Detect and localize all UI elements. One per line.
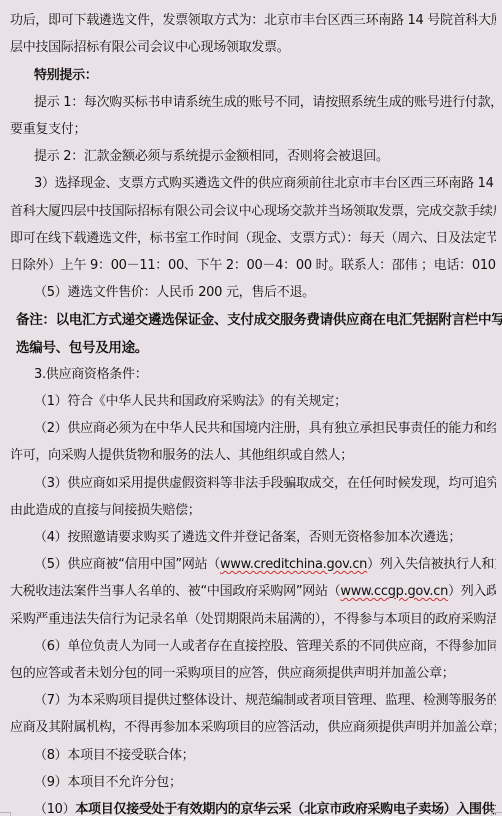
qualification-5: （5）供应商被“信用中国”网站（www.creditchina.gov.cn）列… (34, 556, 496, 574)
qualification-8: （8）本项目不接受联合体； (34, 747, 496, 765)
paragraph-line: 首科大厦四层中技国际招标有限公司会议中心现场交款并当场领取发票，完成交款手续后， (10, 203, 496, 221)
tip-2: 提示 2：汇款金额必须与系统提示金额相同，否则将会被退回。 (34, 148, 496, 166)
qualification-7: （7）为本采购项目提供过整体设计、规范编制或者项目管理、监理、检测等服务的供 (34, 692, 496, 710)
text: ）列入失信被执行人和重 (367, 557, 496, 572)
qualification-4: （4）按照邀请要求购买了遴选文件并登记备案，否则无资格参加本次遴选； (34, 529, 496, 547)
tip-1: 提示 1：每次购买标书申请系统生成的账号不同，请按照系统生成的账号进行付款，不 (34, 94, 496, 112)
paragraph-line: 采购严重违法失信行为记录名单（处罚期限尚未届满的），不得参与本项目的政府采购活动… (10, 611, 496, 629)
paragraph-line: 大税收违法案件当事人名单的、被“中国政府采购网”网站（www.ccgp.gov.… (10, 583, 496, 601)
paragraph-line: 包的应答或者未划分包的同一采购项目的应答，供应商须提供声明并加盖公章； (10, 665, 496, 683)
qualification-2: （2）供应商必须为在中华人民共和国境内注册，具有独立承担民事责任的能力和经营 (34, 420, 496, 438)
special-notice-heading: 特别提示： (34, 67, 496, 85)
qualification-6: （6）单位负责人为同一人或者存在直接控股、管理关系的不同供应商，不得参加同一 (34, 638, 496, 656)
remark-note: 选编号、包号及用途。 (16, 339, 502, 357)
bold-text: 本项目仅接受处于有效期内的京华云采（北京市政府采购电子卖场）入围供货 (75, 802, 496, 816)
text: （10） (34, 802, 75, 816)
paragraph-line: 功后，即可下载遴选文件，发票领取方式为：北京市丰台区西三环南路 14 号院首科大… (10, 12, 496, 30)
qualification-3: （3）供应商如采用提供虚假资料等非法手段骗取成交，在任何时候发现，均可追究其 (34, 475, 496, 493)
paragraph-line: 由此造成的直接与间接损失赔偿； (10, 502, 496, 520)
qualification-10: （10）本项目仅接受处于有效期内的京华云采（北京市政府采购电子卖场）入围供货 (34, 801, 496, 816)
qualification-9: （9）本项目不允许分包； (34, 774, 496, 792)
remark-note: 备注：以电汇方式递交遴选保证金、支付成交服务费请供应商在电汇凭据附言栏中写明遴 (16, 311, 502, 329)
document-price: （5）遴选文件售价：人民币 200 元，售后不退。 (34, 284, 496, 302)
contact-info: 日除外）上午 9：00－11：00、下午 2：00－4：00 时。联系人：邵伟 … (10, 257, 496, 275)
qualification-1: （1）符合《中华人民共和国政府采购法》的有关规定； (34, 393, 496, 411)
creditchina-link[interactable]: www.creditchina.gov.cn (220, 557, 367, 572)
paragraph-line: 应商及其附属机构，不得再参加本采购项目的应答活动，供应商须提供声明并加盖公章； (10, 719, 496, 737)
page-corner-mark (0, 812, 11, 816)
paragraph-line: 层中技国际招标有限公司会议中心现场领取发票。 (10, 39, 496, 57)
page-corner-mark (491, 812, 502, 816)
paragraph-line: 许可，向采购人提供货物和服务的法人、其他组织或自然人； (10, 447, 496, 465)
paragraph-line: 要重复支付； (10, 121, 496, 139)
paragraph-line: 即可在线下载遴选文件，标书室工作时间（现金、支票方式）：每天（周六、日及法定节假 (10, 230, 496, 248)
text: 大税收违法案件当事人名单的、被“中国政府采购网”网站（ (10, 584, 340, 599)
text: ）列入政府 (448, 584, 496, 599)
ccgp-link[interactable]: www.ccgp.gov.cn (340, 584, 448, 599)
cash-check-payment: 3）选择现金、支票方式购买遴选文件的供应商须前往北京市丰台区西三环南路 14 号… (34, 175, 496, 193)
qualification-heading: 3.供应商资格条件： (34, 366, 496, 384)
text: （5）供应商被“信用中国”网站（ (34, 557, 220, 572)
